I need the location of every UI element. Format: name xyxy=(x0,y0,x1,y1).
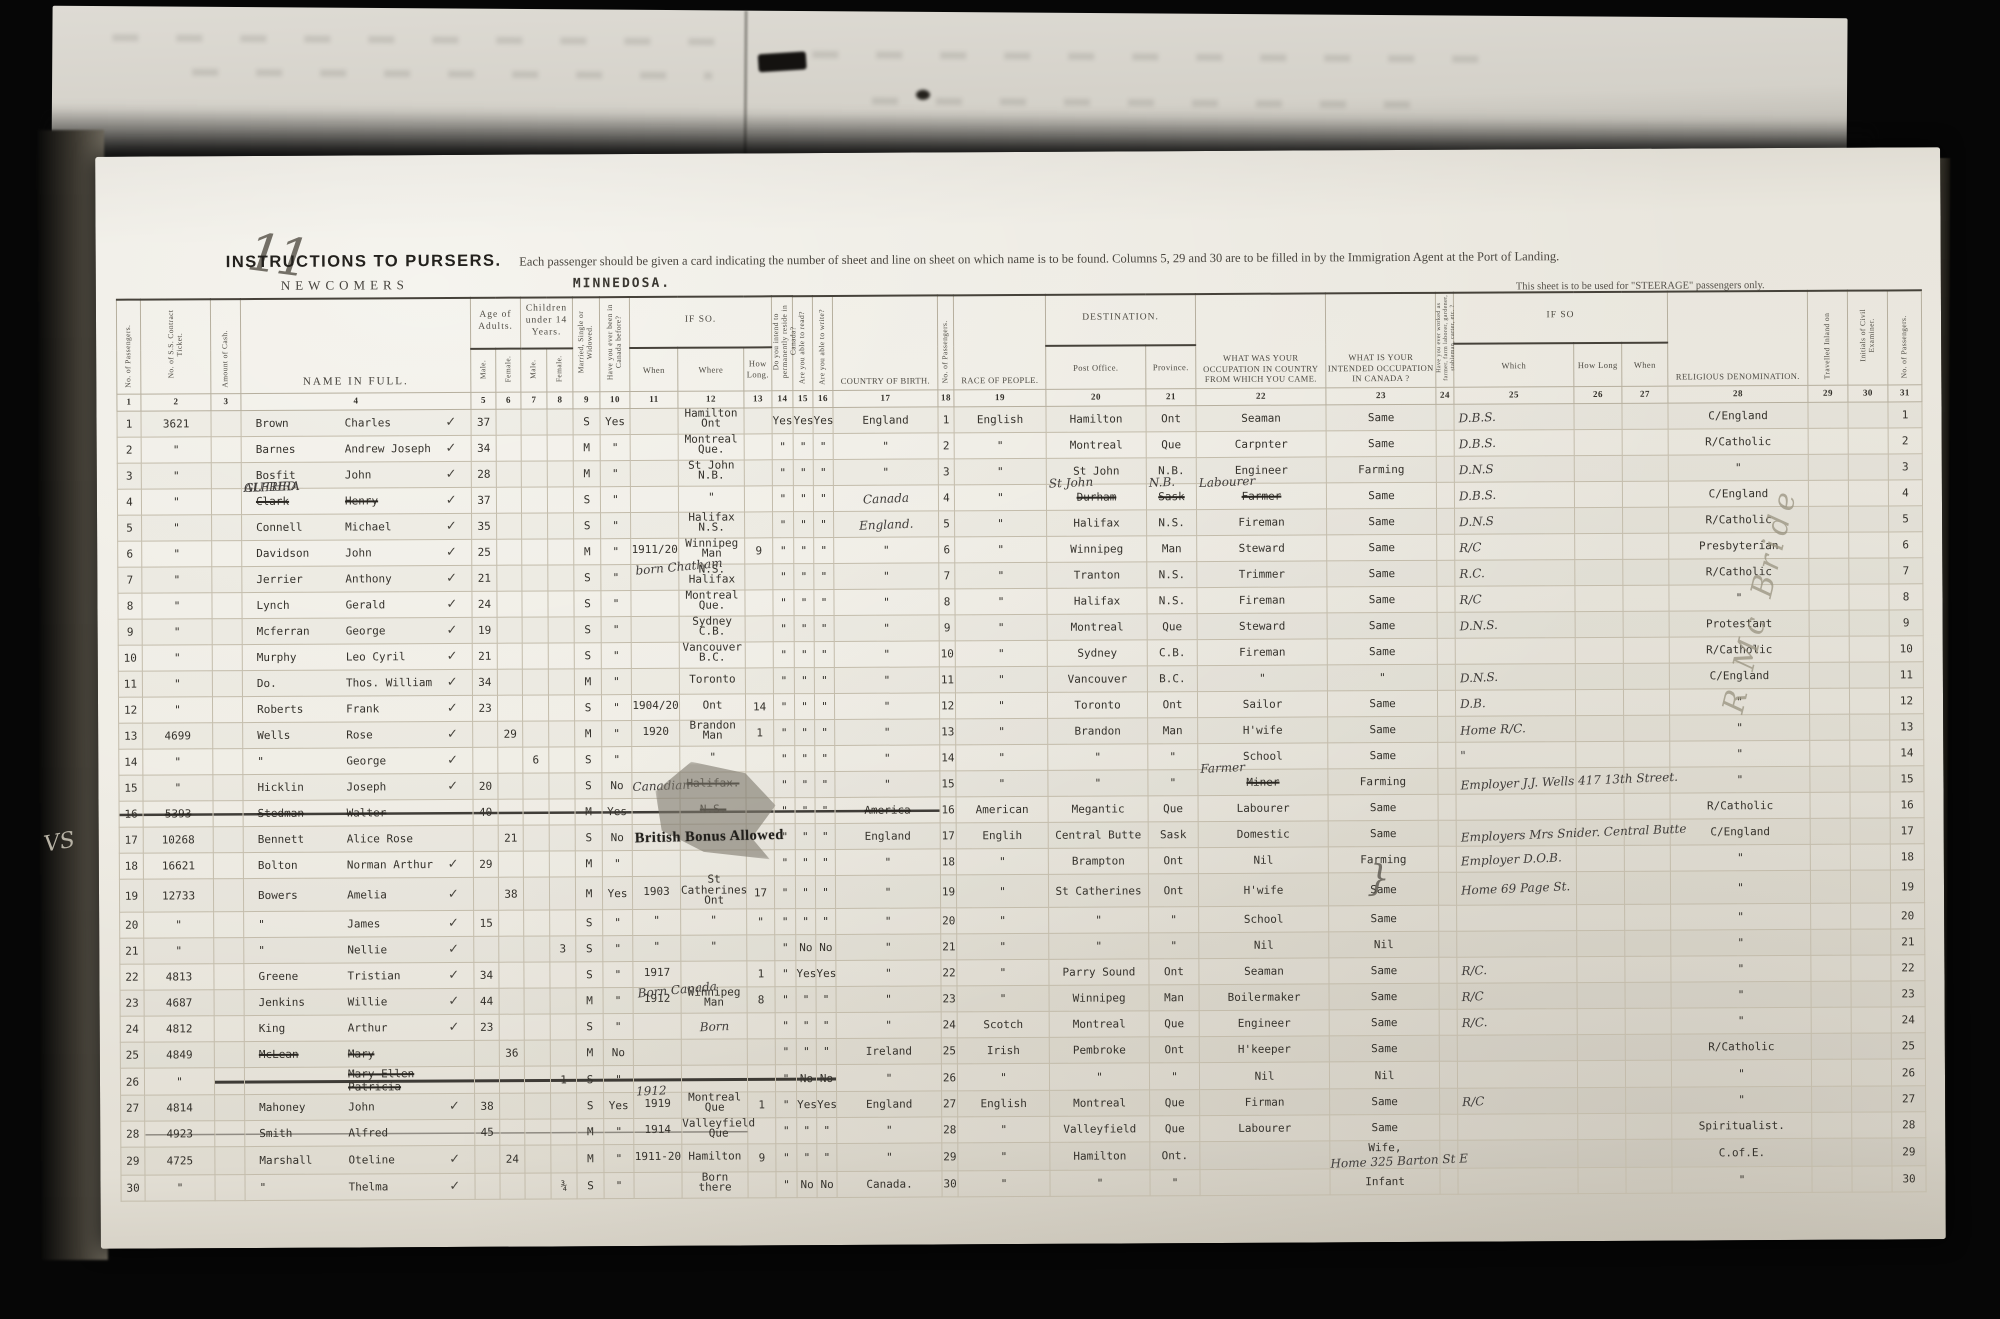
cell-which: D.N.S xyxy=(1454,456,1574,483)
cell-which: R/C. xyxy=(1457,1009,1577,1036)
cell-province: Que xyxy=(1148,796,1198,822)
cell-race: " xyxy=(957,933,1049,959)
cell-when xyxy=(1625,904,1671,930)
cell-farm-work xyxy=(1439,1009,1457,1035)
cell-age-male: 21 xyxy=(472,643,497,669)
cell-cash xyxy=(211,463,241,489)
cell-name: "Thelma✓ xyxy=(245,1173,475,1200)
cell-post-office: Pembroke xyxy=(1049,1037,1149,1064)
cell-when xyxy=(1624,715,1670,741)
cell-how-long xyxy=(1578,1087,1626,1113)
cell-write: " xyxy=(814,563,834,589)
column-number: 23 xyxy=(1326,387,1436,405)
cell-cash xyxy=(211,437,241,463)
cell-province: Ont xyxy=(1148,848,1198,874)
cell-cash xyxy=(212,593,242,619)
cell-which: D.B. xyxy=(1455,690,1575,717)
cell-religion: " xyxy=(1671,1007,1811,1034)
cell-age-male xyxy=(474,1066,499,1093)
cell-how-long xyxy=(1577,1034,1625,1060)
cell-canada-before: " xyxy=(603,962,633,988)
cell-how-long xyxy=(1575,637,1623,663)
cell-birth-country: " xyxy=(835,719,940,746)
cell-no: 19 xyxy=(940,875,956,908)
cell-when xyxy=(1625,1008,1671,1034)
cell-which: R/C xyxy=(1458,1088,1578,1115)
cell-occupation-canada: Same xyxy=(1326,430,1436,457)
cell-which: Employers Mrs Snider. Central Butte xyxy=(1456,820,1576,847)
cell-birth-country: " xyxy=(834,615,939,642)
cell-read: " xyxy=(793,486,813,512)
cell-age-female xyxy=(497,617,522,643)
cell-canada-before: " xyxy=(603,1014,633,1040)
header-cell: No. of S.S. Contract Ticket. xyxy=(140,299,210,394)
cell-when xyxy=(633,1013,681,1039)
cell-write: " xyxy=(814,693,834,719)
cell-how-long xyxy=(745,668,773,694)
column-number: 18 xyxy=(938,390,954,407)
cell-no: 22 xyxy=(1891,955,1925,981)
column-number: 2 xyxy=(141,394,211,411)
cell-when xyxy=(1625,930,1671,956)
ink-smudge xyxy=(758,51,807,72)
cell-canada-before: Yes xyxy=(600,409,630,435)
cell-which: D.N.S xyxy=(1455,508,1575,535)
cell-race: " xyxy=(955,536,1047,562)
column-number: 26 xyxy=(1574,386,1622,403)
cell-province: Man xyxy=(1149,985,1199,1011)
cell-how-long xyxy=(746,746,774,772)
scanned-manifest-photo: 11 INSTRUCTIONS TO PURSERS. Each passeng… xyxy=(0,0,2000,1319)
cell-post-office: Winnipeg xyxy=(1049,985,1149,1012)
cell-name: WellsRose✓ xyxy=(243,721,473,748)
cell-child-female xyxy=(549,747,575,773)
cell-province: Que xyxy=(1149,1011,1199,1037)
cell-religion: " xyxy=(1670,740,1810,767)
cell-farm-work xyxy=(1439,931,1457,957)
cell-child-male xyxy=(524,936,550,962)
cell-examiner-initials xyxy=(1849,636,1889,662)
cell-occupation-from: Labourer xyxy=(1200,1115,1330,1142)
cell-age-female xyxy=(499,1066,524,1093)
cell-examiner-initials xyxy=(1850,792,1890,818)
cell-marital-status: S xyxy=(577,1093,604,1119)
cell-farm-work xyxy=(1437,612,1455,638)
cell-child-female xyxy=(551,1145,577,1173)
cell-reside: " xyxy=(773,538,794,564)
cell-where: Born xyxy=(681,1013,747,1039)
cell-race: Irish xyxy=(957,1037,1049,1063)
cell-no: 1 xyxy=(1888,402,1922,428)
cell-reside: " xyxy=(775,987,796,1013)
cell-reside: " xyxy=(773,512,794,538)
cell-child-female xyxy=(548,513,574,539)
cell-birth-country: England xyxy=(837,1091,942,1118)
cell-when xyxy=(1624,767,1670,793)
cell-occupation-canada: Same xyxy=(1330,1114,1440,1141)
cell-name: MurphyLeo Cyril✓ xyxy=(242,643,472,670)
cell-no: 27 xyxy=(942,1091,958,1117)
cell-when: " xyxy=(633,909,681,935)
cell-occupation-canada: Nil xyxy=(1329,1061,1439,1089)
cell-occupation-from: Seaman xyxy=(1196,405,1326,432)
cell-age-female xyxy=(497,669,522,695)
cell-when xyxy=(631,668,679,694)
cell-child-female xyxy=(549,773,575,799)
cell-no: 16 xyxy=(1890,792,1924,818)
cell-race: " xyxy=(955,640,1047,666)
cell-race: " xyxy=(958,1116,1050,1142)
cell-canada-before: Yes xyxy=(602,799,632,825)
cell-province: " xyxy=(1149,1063,1199,1090)
cell-read: " xyxy=(795,876,815,909)
cell-child-female xyxy=(550,988,576,1014)
subheader-cell: Province. xyxy=(1146,345,1196,389)
cell-occupation-canada: Same xyxy=(1326,482,1436,509)
cell-farm-work xyxy=(1439,905,1457,931)
cell-child-female: 3 xyxy=(550,936,576,962)
cell-age-male: 44 xyxy=(474,988,499,1014)
cell-cash xyxy=(212,671,242,697)
cell-no: 19 xyxy=(1890,870,1924,903)
cell-cash xyxy=(213,723,243,749)
cell-religion: " xyxy=(1671,929,1811,956)
cell-occupation-canada: Farming xyxy=(1328,768,1438,795)
cell-how-long xyxy=(745,590,773,616)
cell-name: BowersAmelia✓ xyxy=(243,877,473,911)
cell-no: 2 xyxy=(1888,428,1922,454)
cell-no: 11 xyxy=(1889,662,1923,688)
cell-reside: " xyxy=(775,961,796,987)
cell-when xyxy=(631,642,679,668)
cell-farm-work xyxy=(1436,404,1454,430)
cell-read: " xyxy=(794,642,814,668)
cell-how-long xyxy=(1574,455,1622,481)
cell-marital-status: M xyxy=(575,721,602,747)
cell-religion: " xyxy=(1671,1059,1811,1087)
cell-birth-country: America xyxy=(835,797,940,824)
cell-canada-before: " xyxy=(601,513,631,539)
cell-which: R/C. xyxy=(1457,957,1577,984)
cell-farm-work xyxy=(1437,638,1455,664)
cell-travelled-inland xyxy=(1809,610,1849,636)
cell-cash xyxy=(215,1121,245,1147)
cell-province: " xyxy=(1149,933,1199,959)
cell-post-office: Montreal xyxy=(1046,432,1146,459)
cell-post-office: Brandon xyxy=(1048,718,1148,745)
cell-ticket: 4687 xyxy=(144,990,214,1016)
cell-when: 1911-20 xyxy=(634,1144,682,1172)
cell-child-female xyxy=(549,851,575,877)
instructions-title: INSTRUCTIONS TO PURSERS. xyxy=(226,252,502,271)
cell-child-male xyxy=(524,962,550,988)
cell-how-long xyxy=(1577,930,1625,956)
cell-reside: " xyxy=(775,909,796,935)
cell-examiner-initials xyxy=(1851,1033,1891,1059)
cell-child-female xyxy=(549,825,575,851)
cell-write: " xyxy=(816,986,836,1012)
cell-farm-work xyxy=(1439,1035,1457,1061)
cell-age-female xyxy=(499,936,524,962)
cell-cash xyxy=(212,515,242,541)
cell-canada-before: Yes xyxy=(604,1093,634,1119)
instructions-text: Each passenger should be given a card in… xyxy=(519,249,1559,268)
cell-province: Man xyxy=(1148,718,1198,744)
cell-write: No xyxy=(816,934,836,960)
cell-child-male xyxy=(525,1093,551,1119)
cell-which xyxy=(1456,794,1576,821)
ghost-text-line xyxy=(192,69,712,80)
cell-cash xyxy=(214,912,244,938)
cell-no: 16 xyxy=(119,801,143,827)
cell-ticket: 4812 xyxy=(144,1016,214,1042)
cell-which xyxy=(1458,1168,1578,1195)
cell-canada-before: " xyxy=(601,669,631,695)
cell-which: " xyxy=(1456,742,1576,769)
cell-canada-before: " xyxy=(600,461,630,487)
cell-child-female: 1 xyxy=(550,1066,576,1093)
cell-occupation-from: Trimmer xyxy=(1197,561,1327,588)
cell-examiner-initials xyxy=(1851,929,1891,955)
cell-religion: " xyxy=(1672,1086,1812,1113)
column-number: 7 xyxy=(521,392,547,409)
cell-no: 29 xyxy=(1892,1138,1926,1166)
cell-when xyxy=(1623,689,1669,715)
column-number: 24 xyxy=(1436,387,1454,404)
cell-examiner-initials xyxy=(1850,766,1890,792)
cell-write: No xyxy=(817,1171,837,1197)
cell-name: "James✓ xyxy=(244,910,474,937)
cell-how-long xyxy=(1578,1113,1626,1139)
cell-occupation-canada: Same xyxy=(1327,612,1437,639)
cell-how-long xyxy=(747,1065,775,1092)
cell-canada-before: " xyxy=(601,695,631,721)
cell-no: 15 xyxy=(1890,766,1924,792)
cell-reside: " xyxy=(775,1013,796,1039)
header-cell: WHAT WAS YOUR OCCUPATION IN COUNTRY FROM… xyxy=(1195,293,1325,388)
cell-when xyxy=(1623,611,1669,637)
cell-race: " xyxy=(955,666,1047,692)
cell-age-female xyxy=(500,1173,525,1199)
cell-how-long xyxy=(744,460,772,486)
cell-name: ConnellMichael✓ xyxy=(242,513,472,540)
cell-which: R.C. xyxy=(1455,560,1575,587)
cell-write: Yes xyxy=(816,960,836,986)
cell-occupation-canada: Same xyxy=(1327,508,1437,535)
cell-reside: " xyxy=(772,486,793,512)
cell-farm-work xyxy=(1440,1114,1458,1140)
cell-which xyxy=(1457,905,1577,932)
cell-child-female xyxy=(547,435,573,461)
cell-when: 1917Born Canada xyxy=(633,961,681,987)
cell-how-long xyxy=(1575,533,1623,559)
cell-occupation-canada: " xyxy=(1327,664,1437,691)
cell-post-office: Valleyfield xyxy=(1050,1116,1150,1143)
cell-when: 1914 xyxy=(634,1118,682,1144)
cell-when xyxy=(1624,871,1670,904)
cell-birth-country: " xyxy=(836,1012,941,1039)
cell-race: Scotch xyxy=(957,1011,1049,1037)
header-cell: WHAT IS YOUR INTENDED OCCUPATION IN CANA… xyxy=(1325,293,1435,388)
cell-occupation-canada: Farming xyxy=(1326,456,1436,483)
cell-name: McferranGeorge✓ xyxy=(242,617,472,644)
cell-age-male: 19 xyxy=(472,617,497,643)
cell-age-male: 37 xyxy=(471,487,496,513)
cell-child-male xyxy=(522,591,548,617)
cell-race: " xyxy=(955,510,1047,536)
cell-cash xyxy=(211,411,241,437)
cell-occupation-from: H'keeper xyxy=(1199,1036,1329,1063)
column-number: 27 xyxy=(1622,386,1668,403)
cell-how-long xyxy=(744,486,772,512)
cell-reside: " xyxy=(776,1172,797,1198)
cell-name: DavidsonJohn✓ xyxy=(242,539,472,566)
cell-when xyxy=(1622,455,1668,481)
cell-occupation-from: Nil xyxy=(1199,1062,1329,1090)
cell-race: " xyxy=(956,848,1048,874)
cell-no: 5 xyxy=(118,515,142,541)
cell-no: 30 xyxy=(942,1171,958,1197)
subheader-cell: How Long. xyxy=(744,347,772,391)
cell-write: " xyxy=(815,875,835,908)
cell-child-female xyxy=(550,962,576,988)
cell-child-male xyxy=(525,1145,551,1173)
cell-farm-work xyxy=(1439,957,1457,983)
cell-reside: " xyxy=(776,1092,797,1118)
cell-age-female xyxy=(498,747,523,773)
cell-age-male: 29 xyxy=(473,851,498,877)
cell-when: " xyxy=(633,935,681,961)
cell-age-female xyxy=(497,539,522,565)
cell-name: HicklinJoseph✓ xyxy=(243,773,473,800)
cell-province: Man xyxy=(1147,536,1197,562)
header-cell: Do you intend to permanently reside in C… xyxy=(771,296,792,391)
cell-marital-status: M xyxy=(573,461,600,487)
cell-no: 12 xyxy=(939,693,955,719)
ink-smudge xyxy=(916,90,930,100)
cell-child-male xyxy=(523,825,549,851)
cell-occupation-from: " xyxy=(1197,665,1327,692)
cell-race: " xyxy=(955,692,1047,718)
column-number: 16 xyxy=(813,390,833,407)
cell-cash xyxy=(215,1095,245,1121)
cell-examiner-initials xyxy=(1851,955,1891,981)
cell-religion: " xyxy=(1670,714,1810,741)
cell-reside: " xyxy=(774,746,795,772)
cell-child-female xyxy=(550,910,576,936)
cell-when xyxy=(1623,559,1669,585)
header-cell: DESTINATION. xyxy=(1045,294,1195,346)
cell-no: 27 xyxy=(1892,1086,1926,1112)
cell-travelled-inland xyxy=(1809,532,1849,558)
cell-name: KingArthur✓ xyxy=(244,1014,474,1041)
cell-age-male xyxy=(474,936,499,962)
cell-no: 11 xyxy=(118,671,142,697)
cell-age-female xyxy=(496,435,521,461)
cell-read: " xyxy=(796,909,816,935)
cell-write: " xyxy=(815,719,835,745)
manifest-sheet: 11 INSTRUCTIONS TO PURSERS. Each passeng… xyxy=(95,147,1946,1249)
cell-which: D.B.S. xyxy=(1454,482,1574,509)
cell-no: 6 xyxy=(1889,532,1923,558)
cell-which: D.N.S. xyxy=(1455,664,1575,691)
cell-age-female xyxy=(500,1093,525,1119)
cell-examiner-initials xyxy=(1850,844,1890,870)
cell-race: American xyxy=(956,796,1048,822)
cell-cash xyxy=(213,827,243,853)
cell-examiner-initials xyxy=(1848,428,1888,454)
header-cell: Age of Adults. xyxy=(470,298,520,349)
cell-how-long: 1 xyxy=(747,961,775,987)
cell-read: " xyxy=(797,1144,817,1172)
cell-post-office: Parry Sound xyxy=(1049,959,1149,986)
header-cell: IF SO. xyxy=(629,296,771,348)
cell-farm-work xyxy=(1437,586,1455,612)
cell-how-long xyxy=(748,1118,776,1144)
cell-how-long xyxy=(748,1172,776,1198)
cell-write: " xyxy=(813,485,833,511)
cell-province: Ont xyxy=(1147,692,1197,718)
cell-ticket: " xyxy=(141,437,211,463)
cell-reside: " xyxy=(776,1118,797,1144)
cell-name: MarshallOteline✓ xyxy=(245,1145,475,1174)
cell-age-female xyxy=(496,409,521,435)
cell-ticket: 16621 xyxy=(143,853,213,879)
cell-canada-before: " xyxy=(602,851,632,877)
ghost-text-line xyxy=(112,34,732,45)
cell-child-female xyxy=(550,1014,576,1040)
cell-no: 28 xyxy=(1892,1112,1926,1138)
cell-examiner-initials xyxy=(1849,688,1889,714)
cell-no: 6 xyxy=(939,537,955,563)
cell-reside: Yes xyxy=(772,408,793,434)
cell-read: " xyxy=(794,694,814,720)
cell-travelled-inland xyxy=(1810,766,1850,792)
cell-province: N.B.Sask xyxy=(1146,484,1196,510)
cell-province: " xyxy=(1149,907,1199,933)
cell-when xyxy=(1624,793,1670,819)
header-cell: No. of Passengers. xyxy=(116,300,140,395)
header-cell: COUNTRY OF BIRTH. xyxy=(832,295,937,390)
cell-no: 18 xyxy=(1890,844,1924,870)
cell-child-female xyxy=(548,565,574,591)
cell-no: 30 xyxy=(121,1175,145,1201)
cell-no: 26 xyxy=(1891,1059,1925,1086)
cell-no: 3 xyxy=(1888,454,1922,480)
cell-marital-status: M xyxy=(577,1145,604,1173)
cell-read: " xyxy=(794,512,814,538)
cell-province: Ont xyxy=(1148,874,1198,907)
cell-cash xyxy=(214,964,244,990)
cell-examiner-initials xyxy=(1851,1059,1891,1086)
cell-religion: " xyxy=(1671,903,1811,930)
cell-no: 9 xyxy=(939,615,955,641)
cell-how-long: 14 xyxy=(745,694,773,720)
cell-cash xyxy=(212,567,242,593)
cell-birth-country: " xyxy=(837,1117,942,1144)
cell-when xyxy=(633,1039,681,1065)
cell-read: No xyxy=(796,1065,816,1092)
cell-child-female xyxy=(549,877,575,910)
cell-child-female xyxy=(549,721,575,747)
cell-when xyxy=(1623,637,1669,663)
cell-read: " xyxy=(794,668,814,694)
cell-post-office: Halifax xyxy=(1047,588,1147,615)
cell-marital-status: S xyxy=(576,1014,603,1040)
cell-occupation-from: Fireman xyxy=(1197,587,1327,614)
cell-reside: " xyxy=(776,1144,797,1172)
cell-child-male xyxy=(522,617,548,643)
